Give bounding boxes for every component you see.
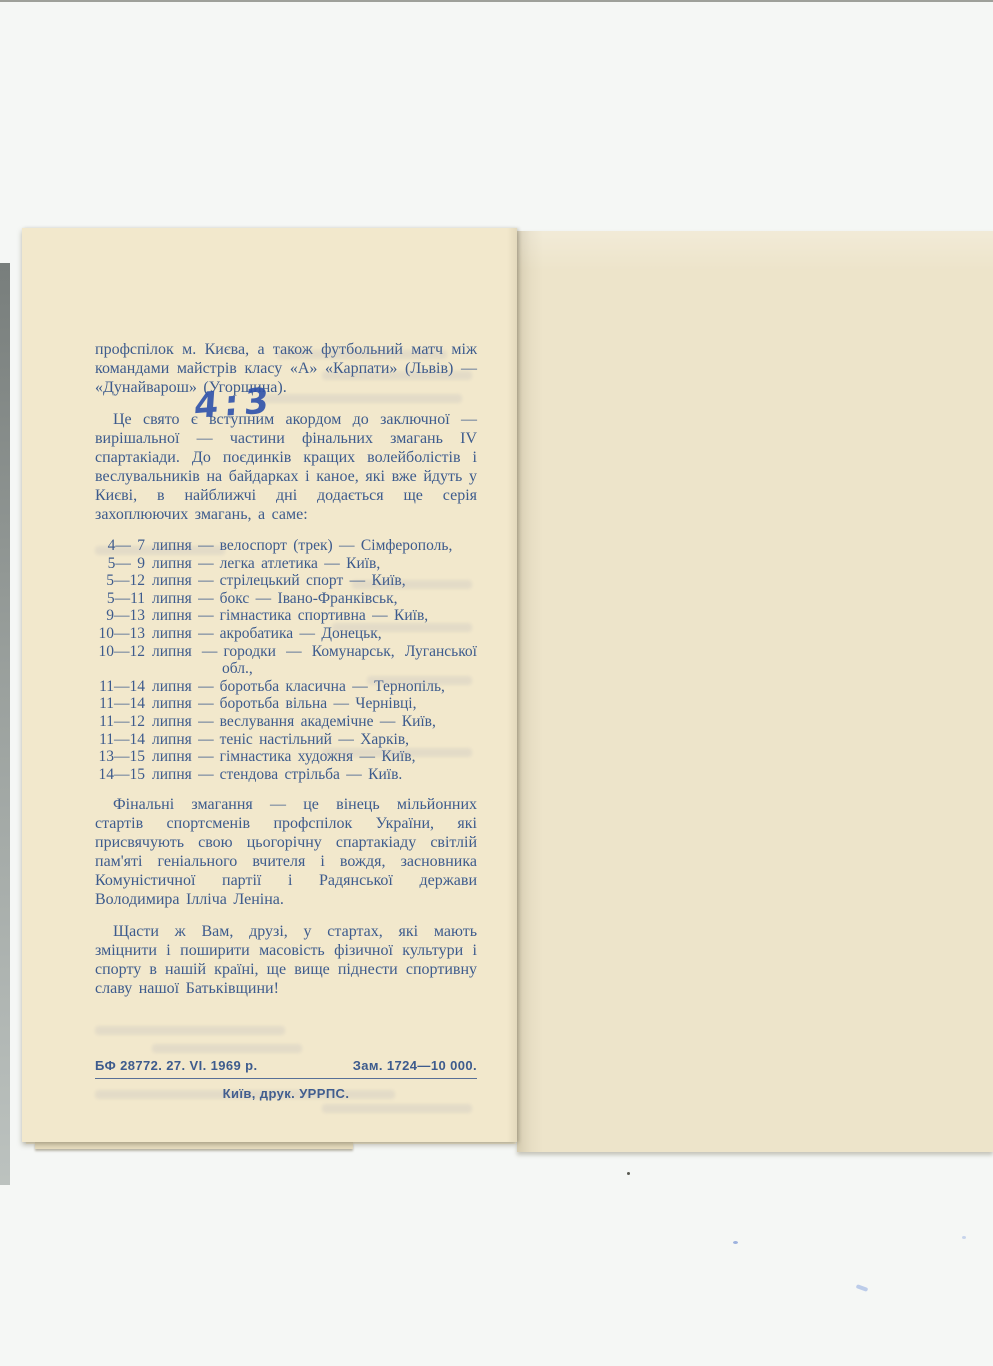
schedule-dates: 5— 9 [95,555,145,573]
schedule-item: 11—14липня —боротьба вільна — Чернівці, [95,695,477,713]
schedule-item: 11—14липня —теніс настільний — Харків, [95,731,477,749]
ink-bleedthrough [95,546,225,555]
schedule-dates: 9—13 [95,607,145,625]
schedule-event-location: велоспорт (трек) — Сімферополь, [220,537,453,554]
schedule-dates: 10—13 [95,625,145,643]
imprint-order-number: Зам. 1724—10 000. [353,1058,477,1073]
schedule-month-label: липня — [152,678,214,695]
handwritten-score-annotation: 4:3 [193,381,276,427]
ink-bleedthrough [332,623,472,632]
schedule-dates: 11—12 [95,713,145,731]
schedule-dates: 11—14 [95,731,145,749]
schedule-item: 5— 9липня —легка атлетика — Київ, [95,555,477,573]
ink-bleedthrough [322,1104,472,1113]
schedule-dates: 11—14 [95,695,145,713]
schedule-event-location: теніс настільний — Харків, [220,731,409,748]
schedule-item: 11—12липня —веслування академічне — Київ… [95,713,477,731]
schedule-event-location: стендова стрільба — Київ. [220,766,403,783]
dust-speck [627,1172,630,1175]
imprint-divider [95,1078,477,1079]
imprint-print-code: БФ 28772. 27. VI. 1969 р. [95,1058,258,1073]
schedule-dates: 13—15 [95,748,145,766]
schedule-dates: 14—15 [95,766,145,784]
printed-text-column: профспілок м. Києва, а також футбольний … [95,340,477,998]
ink-bleedthrough [367,676,472,685]
schedule-month-label: липня — [152,695,214,712]
schedule-month-label: липня — [152,766,214,783]
scan-top-edge [0,0,993,2]
paragraph-wish: Щасти ж Вам, друзі, у стартах, які мають… [95,922,477,998]
schedule-item: 10—12липня —городки — Комунарськ, Луганс… [95,643,477,678]
ink-bleedthrough [322,371,472,380]
schedule-month-label: липня — [152,748,214,765]
schedule-month-label: липня — [152,572,214,589]
pen-speck [856,1284,869,1292]
schedule-dates: 5—11 [95,590,145,608]
blank-page-right [517,231,993,1152]
page-stack-edge [35,1142,353,1149]
ink-bleedthrough [277,350,447,359]
schedule-event-location: боротьба вільна — Чернівці, [220,695,417,712]
schedule-month-label: липня — [152,555,214,572]
ink-bleedthrough [152,1044,302,1053]
schedule-month-label: липня — [152,607,214,624]
schedule-event-location: веслування академічне — Київ, [220,713,436,730]
paragraph-finale: Фінальні змагання — це вінець мільйонних… [95,795,477,909]
scan-left-edge-shadow [0,263,10,1185]
ink-bleedthrough [352,580,472,589]
schedule-event-location: легка атлетика — Київ, [220,555,381,572]
scanner-bed: { "colors":{ "ink":"#3d5b8d", "pen":"#2e… [0,0,993,1366]
pen-speck [733,1241,738,1244]
competition-schedule-list: 4— 7липня —велоспорт (трек) — Сімферопол… [95,537,477,783]
schedule-dates: 11—14 [95,678,145,696]
schedule-dates: 10—12 [95,643,145,661]
schedule-month-label: липня — [152,590,214,607]
schedule-month-label: липня — [152,713,214,730]
pen-speck [962,1236,966,1239]
schedule-event-location: гімнастика спортивна — Київ, [220,607,429,624]
ink-bleedthrough [95,1026,285,1035]
schedule-event-location: городки — Комунарськ, Луганської обл., [222,643,477,678]
ink-bleedthrough [95,1090,395,1099]
schedule-item: 14—15липня —стендова стрільба — Київ. [95,766,477,784]
schedule-month-label: липня — [152,643,217,660]
schedule-event-location: бокс — Івано-Франківськ, [220,590,398,607]
schedule-month-label: липня — [152,731,214,748]
ink-bleedthrough [262,394,462,403]
paragraph-intro: Це свято є вступним акордом до заключної… [95,410,477,524]
printed-page-left: профспілок м. Києва, а також футбольний … [22,228,517,1142]
schedule-item: 5—11липня —бокс — Івано-Франківськ, [95,590,477,608]
ink-bleedthrough [322,748,472,757]
schedule-dates: 5—12 [95,572,145,590]
schedule-month-label: липня — [152,625,214,642]
paragraph-continuation: профспілок м. Києва, а також футбольний … [95,340,477,397]
